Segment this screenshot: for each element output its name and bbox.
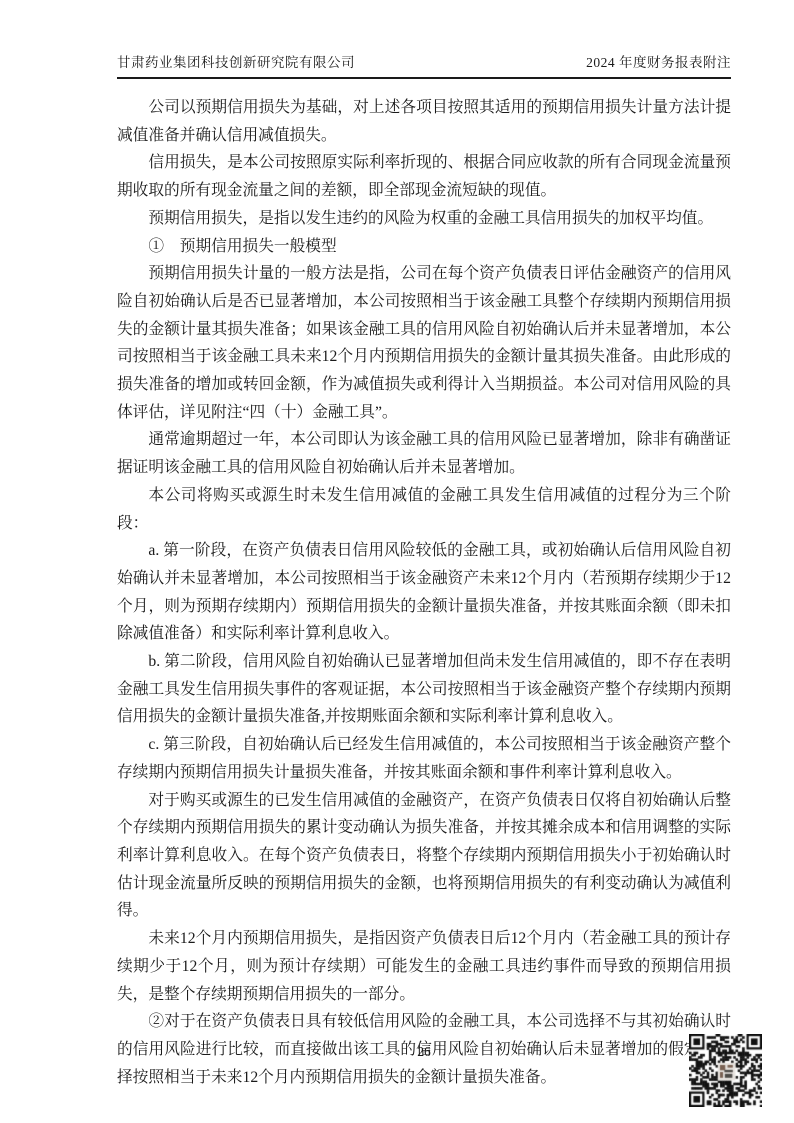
document-body: 公司以预期信用损失为基础，对上述各项目按照其适用的预期信用损失计量方法计提减值准… xyxy=(117,94,731,1091)
paragraph-1: 公司以预期信用损失为基础，对上述各项目按照其适用的预期信用损失计量方法计提减值准… xyxy=(117,94,731,149)
paragraph-5: 预期信用损失计量的一般方法是指，公司在每个资产负债表日评估金融资产的信用风险自初… xyxy=(117,260,731,426)
qr-code-image xyxy=(689,1034,762,1107)
page-number: 26 xyxy=(117,1044,731,1060)
paragraph-2: 信用损失，是本公司按照原实际利率折现的、根据合同应收款的所有合同现金流量预期收取… xyxy=(117,149,731,204)
paragraph-11: 对于购买或源生的已发生信用减值的金融资产，在资产负债表日仅将自初始确认后整个存续… xyxy=(117,787,731,926)
paragraph-10-stage-c: c. 第三阶段，自初始确认后已经发生信用减值的，本公司按照相当于该金融资产整个存… xyxy=(117,731,731,786)
paragraph-8-stage-a: a. 第一阶段，在资产负债表日信用风险较低的金融工具，或初始确认后信用风险自初始… xyxy=(117,537,731,648)
header-company-name: 甘肃药业集团科技创新研究院有限公司 xyxy=(117,55,355,71)
paragraph-6: 通常逾期超过一年，本公司即认为该金融工具的信用风险已显著增加，除非有确凿证据证明… xyxy=(117,426,731,481)
paragraph-12: 未来12个月内预期信用损失，是指因资产负债表日后12个月内（若金融工具的预计存续… xyxy=(117,925,731,1008)
page-header: 甘肃药业集团科技创新研究院有限公司 2024 年度财务报表附注 xyxy=(117,55,731,79)
document-page: 甘肃药业集团科技创新研究院有限公司 2024 年度财务报表附注 公司以预期信用损… xyxy=(0,0,794,1123)
paragraph-3: 预期信用损失，是指以发生违约的风险为权重的金融工具信用损失的加权平均值。 xyxy=(117,205,731,233)
paragraph-9-stage-b: b. 第二阶段，信用风险自初始确认已显著增加但尚未发生信用减值的，即不存在表明金… xyxy=(117,648,731,731)
header-doc-title: 2024 年度财务报表附注 xyxy=(586,55,731,71)
paragraph-7: 本公司将购买或源生时未发生信用减值的金融工具发生信用减值的过程分为三个阶段： xyxy=(117,482,731,537)
qr-code xyxy=(689,1034,762,1107)
paragraph-4-heading: ① 预期信用损失一般模型 xyxy=(117,233,731,261)
